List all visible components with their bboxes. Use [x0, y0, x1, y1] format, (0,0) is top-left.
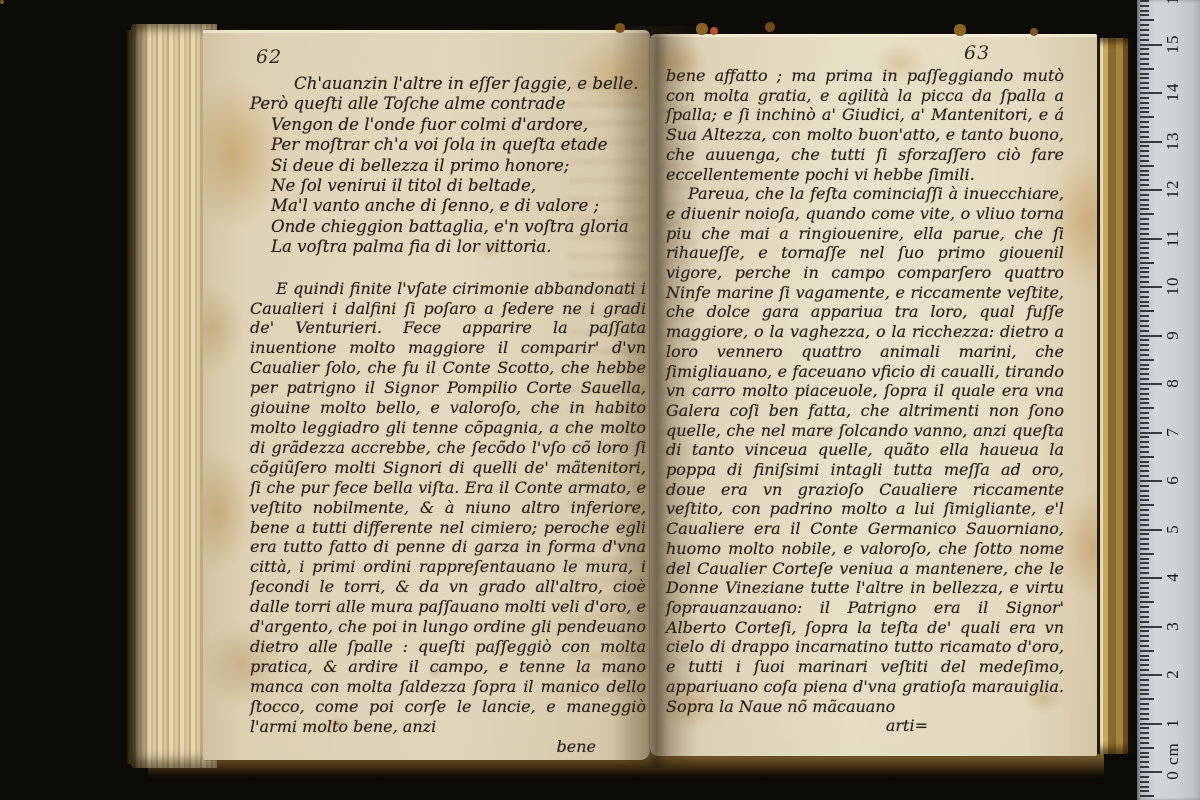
ruler-number-label: 8 — [1163, 378, 1183, 388]
ruler-tick — [1140, 747, 1154, 749]
ruler-tick — [1140, 495, 1149, 497]
ruler-tick — [1140, 14, 1149, 16]
ruler-number-label: 16 — [1163, 0, 1183, 5]
ruler-tick — [1140, 562, 1149, 564]
ruler-tick — [1140, 616, 1149, 618]
ruler-tick — [1140, 558, 1149, 560]
ruler-tick — [1140, 553, 1154, 555]
ruler-tick — [1140, 102, 1149, 104]
ruler-tick — [1140, 34, 1149, 36]
ruler-tick — [1140, 208, 1149, 210]
ruler-tick — [1140, 742, 1149, 744]
ruler-tick — [1140, 77, 1149, 79]
ruler-tick — [1140, 53, 1149, 55]
ruler-tick — [1140, 543, 1149, 545]
ruler-tick — [1140, 577, 1162, 579]
ruler-tick — [1140, 596, 1149, 598]
ruler-tick — [1140, 242, 1149, 244]
ruler-tick — [1140, 659, 1149, 661]
ruler-tick — [1140, 398, 1149, 400]
ruler-tick — [1140, 194, 1149, 196]
ruler-tick — [1140, 126, 1149, 128]
ruler-tick — [1140, 257, 1149, 259]
left-page-catchword: bene — [250, 737, 646, 757]
ruler-tick — [1140, 373, 1149, 375]
ruler: 0 cm12345678910111213141516 — [1137, 0, 1200, 800]
page-number-63: 63 — [964, 44, 990, 63]
ruler-tick — [1140, 727, 1149, 729]
ruler-tick — [1140, 223, 1149, 225]
ruler-tick — [1140, 150, 1149, 152]
ruler-tick — [1140, 0, 1149, 2]
ruler-tick — [1140, 68, 1154, 70]
ruler-tick — [1140, 548, 1149, 550]
verse-line: La voſtra palma fia di lor vittoria. — [271, 237, 646, 257]
ruler-tick — [1140, 684, 1149, 686]
ruler-tick — [1140, 305, 1149, 307]
ruler-tick — [1140, 160, 1149, 162]
ruler-tick — [1140, 359, 1154, 361]
ruler-tick — [1140, 82, 1149, 84]
ruler-number-label: 9 — [1163, 330, 1183, 340]
ruler-tick — [1140, 572, 1149, 574]
ruler-tick — [1140, 514, 1149, 516]
top-edge-debris-specks — [0, 0, 4, 4]
ruler-tick — [1140, 44, 1162, 46]
ruler-tick — [1140, 296, 1149, 298]
verse-line: Ne ſol venirui il titol di beltade, — [271, 176, 646, 196]
ruler-number-label: 6 — [1163, 475, 1183, 485]
ruler-tick — [1140, 592, 1149, 594]
ruler-tick — [1140, 271, 1149, 273]
ruler-tick — [1140, 189, 1162, 191]
ruler-tick — [1140, 504, 1154, 506]
ruler-tick — [1140, 325, 1149, 327]
ruler-tick — [1140, 771, 1162, 773]
ruler-tick — [1140, 383, 1162, 385]
ruler-tick — [1140, 708, 1149, 710]
ruler-tick — [1140, 310, 1154, 312]
photo-stage: 62 63 Ch'auanzin l'altre in eſſer ſaggie… — [0, 0, 1200, 800]
ruler-tick — [1140, 155, 1149, 157]
ruler-tick — [1140, 689, 1149, 691]
right-page-stack-fore-edge — [1096, 38, 1132, 754]
ruler-tick — [1140, 674, 1162, 676]
left-page-paragraph: E quindi finite l'vſate cirimonie abband… — [250, 279, 646, 737]
ruler-tick — [1140, 621, 1149, 623]
ruler-tick — [1140, 432, 1162, 434]
ruler-tick — [1140, 315, 1149, 317]
verse-line: Per moſtrar ch'a voi ſola in queſta etad… — [271, 135, 646, 155]
right-page-text-block: bene affatto ; ma prima in paſſeggiando … — [666, 66, 1064, 736]
ruler-tick — [1140, 291, 1149, 293]
ruler-tick — [1140, 635, 1149, 637]
ruler-tick — [1140, 364, 1149, 366]
ruler-tick — [1140, 650, 1154, 652]
ruler-tick — [1140, 446, 1149, 448]
ruler-tick — [1140, 276, 1149, 278]
ruler-number-label: 12 — [1163, 180, 1183, 199]
ruler-tick — [1140, 218, 1149, 220]
ruler-tick — [1140, 509, 1149, 511]
ruler-tick — [1140, 480, 1162, 482]
verse-line: Vengon de l'onde fuor colmi d'ardore, — [271, 115, 646, 135]
verse-block: Ch'auanzin l'altre in eſſer ſaggie, e be… — [250, 74, 646, 258]
ruler-tick — [1140, 587, 1149, 589]
ruler-tick — [1140, 184, 1149, 186]
ruler-tick — [1140, 368, 1149, 370]
ruler-tick — [1140, 451, 1149, 453]
ruler-tick — [1140, 286, 1162, 288]
ruler-tick — [1140, 24, 1149, 26]
ruler-tick — [1140, 417, 1149, 419]
ruler-tick — [1140, 233, 1149, 235]
ruler-tick — [1140, 111, 1149, 113]
ruler-tick — [1140, 529, 1162, 531]
ruler-tick — [1140, 693, 1149, 695]
ruler-tick — [1140, 465, 1149, 467]
ruler-tick — [1140, 412, 1149, 414]
ruler-tick — [1140, 165, 1154, 167]
ruler-tick — [1140, 179, 1149, 181]
verse-line: Onde chieggion battaglia, e'n voſtra glo… — [271, 217, 646, 237]
ruler-tick — [1140, 267, 1149, 269]
ruler-number-label: 13 — [1163, 131, 1183, 150]
ruler-tick — [1140, 354, 1149, 356]
ruler-number-label: 1 — [1163, 718, 1183, 728]
ruler-tick — [1140, 281, 1149, 283]
ruler-tick — [1140, 204, 1149, 206]
ruler-tick — [1140, 713, 1149, 715]
ruler-number-label: 3 — [1163, 621, 1183, 631]
ruler-tick — [1140, 756, 1149, 758]
ruler-tick — [1140, 475, 1149, 477]
ruler-number-label: 15 — [1163, 34, 1183, 53]
ruler-zero-cm-label: 0 cm — [1163, 742, 1183, 780]
ruler-tick — [1140, 92, 1162, 94]
ruler-tick — [1140, 252, 1149, 254]
ruler-tick — [1140, 407, 1154, 409]
ruler-tick — [1140, 752, 1149, 754]
ruler-tick — [1140, 611, 1149, 613]
ruler-tick — [1140, 73, 1149, 75]
right-page-paragraph-2: Pareua, che la feſta cominciaſſi à inuec… — [666, 184, 1064, 716]
ruler-tick — [1140, 344, 1149, 346]
ruler-tick — [1140, 441, 1149, 443]
ruler-tick — [1140, 485, 1149, 487]
ruler-tick — [1140, 170, 1149, 172]
ruler-tick — [1140, 422, 1149, 424]
ruler-tick — [1140, 567, 1149, 569]
ruler-tick — [1140, 499, 1149, 501]
ruler-tick — [1140, 141, 1162, 143]
ruler-tick — [1140, 456, 1154, 458]
ruler-tick — [1140, 335, 1162, 337]
ruler-number-label: 11 — [1163, 228, 1183, 246]
ruler-tick — [1140, 10, 1149, 12]
ruler-tick — [1140, 48, 1149, 50]
ruler-tick — [1140, 698, 1154, 700]
ruler-tick — [1140, 39, 1149, 41]
ruler-tick — [1140, 776, 1149, 778]
ruler-tick — [1140, 228, 1149, 230]
ruler-tick — [1140, 238, 1162, 240]
ruler-number-label: 5 — [1163, 524, 1183, 534]
ruler-tick — [1140, 582, 1149, 584]
ruler-tick — [1140, 664, 1149, 666]
ruler-tick — [1140, 766, 1149, 768]
ruler-tick — [1140, 107, 1149, 109]
ruler-tick — [1140, 427, 1149, 429]
ruler-tick — [1140, 436, 1149, 438]
ruler-tick — [1140, 330, 1149, 332]
ruler-tick — [1140, 655, 1149, 657]
ruler-tick — [1140, 761, 1149, 763]
ruler-tick — [1140, 63, 1149, 65]
verse-line: Si deue di bellezza il primo honore; — [271, 156, 646, 176]
ruler-tick — [1140, 601, 1154, 603]
verse-line: Ma'l vanto anche di ſenno, e di valore ; — [271, 196, 646, 216]
ruler-tick — [1140, 795, 1154, 797]
ruler-tick — [1140, 19, 1154, 21]
ruler-tick — [1140, 645, 1149, 647]
ruler-tick — [1140, 402, 1149, 404]
ruler-tick — [1140, 679, 1149, 681]
ruler-tick — [1140, 790, 1149, 792]
ruler-tick — [1140, 116, 1154, 118]
ruler-tick — [1140, 490, 1149, 492]
page-number-62: 62 — [256, 48, 282, 67]
left-page-text-block: Ch'auanzin l'altre in eſſer ſaggie, e be… — [250, 74, 646, 756]
ruler-tick — [1140, 533, 1149, 535]
ruler-tick — [1140, 174, 1149, 176]
ruler-tick — [1140, 388, 1149, 390]
ruler-tick — [1140, 470, 1149, 472]
ruler-number-label: 4 — [1163, 572, 1183, 582]
ruler-tick — [1140, 519, 1149, 521]
ruler-tick — [1140, 669, 1149, 671]
ruler-tick — [1140, 262, 1154, 264]
ruler-tick — [1140, 606, 1149, 608]
verse-prose-gap — [250, 258, 646, 279]
ruler-tick — [1140, 339, 1149, 341]
ruler-tick — [1140, 718, 1149, 720]
ruler-tick — [1140, 301, 1149, 303]
ruler-tick — [1140, 703, 1149, 705]
ruler-tick — [1140, 247, 1149, 249]
ruler-tick — [1140, 786, 1149, 788]
verse-line: Però queſti alle Toſche alme contrade — [250, 94, 646, 114]
left-page-top-highlight — [203, 30, 650, 33]
ruler-tick — [1140, 29, 1149, 31]
ruler-tick — [1140, 136, 1149, 138]
ruler-number-label: 14 — [1163, 83, 1183, 102]
ruler-tick — [1140, 461, 1149, 463]
ruler-tick — [1140, 378, 1149, 380]
ruler-tick — [1140, 97, 1149, 99]
ruler-tick — [1140, 131, 1149, 133]
right-page-top-highlight — [650, 34, 1097, 37]
verse-line: Ch'auanzin l'altre in eſſer ſaggie, e be… — [294, 74, 646, 94]
ruler-number-label: 2 — [1163, 669, 1183, 679]
ruler-tick — [1140, 723, 1162, 725]
ruler-tick — [1140, 737, 1149, 739]
ruler-tick — [1140, 349, 1149, 351]
ruler-tick — [1140, 145, 1149, 147]
right-page-paragraph-1: bene affatto ; ma prima in paſſeggiando … — [666, 66, 1064, 184]
ruler-tick — [1140, 213, 1154, 215]
right-page-catchword: arti= — [666, 716, 1064, 736]
ruler-tick — [1140, 781, 1149, 783]
ruler-tick — [1140, 58, 1149, 60]
ruler-tick — [1140, 199, 1149, 201]
ruler-tick — [1140, 87, 1149, 89]
ruler-tick — [1140, 640, 1149, 642]
ruler-tick — [1140, 121, 1149, 123]
ruler-tick — [1140, 538, 1149, 540]
ruler-tick — [1140, 320, 1149, 322]
ruler-tick — [1140, 630, 1149, 632]
ruler-tick — [1140, 524, 1149, 526]
ruler-tick — [1140, 626, 1162, 628]
ruler-number-label: 7 — [1163, 427, 1183, 437]
ruler-number-label: 10 — [1163, 277, 1183, 296]
ruler-tick — [1140, 732, 1149, 734]
ruler-tick — [1140, 393, 1149, 395]
ruler-tick — [1140, 5, 1149, 7]
